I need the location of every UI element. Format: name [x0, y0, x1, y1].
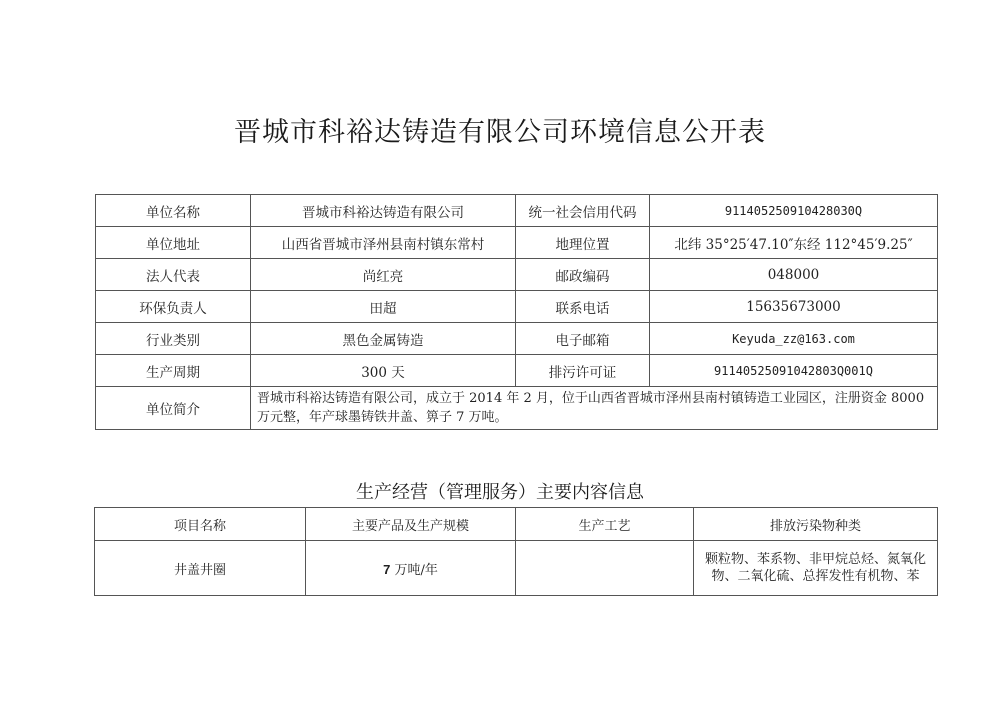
value-phone: 15635673000: [650, 291, 938, 323]
label-legal-rep: 法人代表: [96, 259, 251, 291]
header-project: 项目名称: [95, 508, 306, 541]
value-intro: 晋城市科裕达铸造有限公司，成立于 2014 年 2 月，位于山西省晋城市泽州县南…: [251, 387, 938, 430]
header-pollutants: 排放污染物种类: [694, 508, 938, 541]
label-phone: 联系电话: [516, 291, 650, 323]
table-row: 井盖井圈 7 万吨/年 颗粒物、苯系物、非甲烷总烃、氮氧化物、二氧化硫、总挥发性…: [95, 541, 938, 596]
label-industry: 行业类别: [96, 323, 251, 355]
table-row: 单位名称 晋城市科裕达铸造有限公司 统一社会信用代码 9114052509104…: [96, 195, 938, 227]
label-unit-name: 单位名称: [96, 195, 251, 227]
value-postcode: 048000: [650, 259, 938, 291]
label-location: 地理位置: [516, 227, 650, 259]
label-intro: 单位简介: [96, 387, 251, 430]
table-row: 生产周期 300 天 排污许可证 91140525091042803Q001Q: [96, 355, 938, 387]
cell-pollutants: 颗粒物、苯系物、非甲烷总烃、氮氧化物、二氧化硫、总挥发性有机物、苯: [694, 541, 938, 596]
header-scale: 主要产品及生产规模: [306, 508, 516, 541]
label-postcode: 邮政编码: [516, 259, 650, 291]
label-email: 电子邮箱: [516, 323, 650, 355]
value-unit-name: 晋城市科裕达铸造有限公司: [251, 195, 516, 227]
table-row: 环保负责人 田超 联系电话 15635673000: [96, 291, 938, 323]
label-address: 单位地址: [96, 227, 251, 259]
label-cycle: 生产周期: [96, 355, 251, 387]
cell-scale: 7 万吨/年: [306, 541, 516, 596]
section-title: 生产经营（管理服务）主要内容信息: [0, 478, 1000, 504]
basic-info-table: 单位名称 晋城市科裕达铸造有限公司 统一社会信用代码 9114052509104…: [95, 194, 938, 430]
value-permit: 91140525091042803Q001Q: [650, 355, 938, 387]
production-table: 项目名称 主要产品及生产规模 生产工艺 排放污染物种类 井盖井圈 7 万吨/年 …: [94, 507, 938, 596]
value-credit-code: 911405250910428030Q: [650, 195, 938, 227]
value-industry: 黑色金属铸造: [251, 323, 516, 355]
value-location: 北纬 35°25′47.10″东经 112°45′9.25″: [650, 227, 938, 259]
table-row: 行业类别 黑色金属铸造 电子邮箱 Keyuda_zz@163.com: [96, 323, 938, 355]
value-env-manager: 田超: [251, 291, 516, 323]
label-permit: 排污许可证: [516, 355, 650, 387]
table-row: 法人代表 尚红亮 邮政编码 048000: [96, 259, 938, 291]
value-address: 山西省晋城市泽州县南村镇东常村: [251, 227, 516, 259]
cell-process: [516, 541, 694, 596]
value-cycle: 300 天: [251, 355, 516, 387]
table-header-row: 项目名称 主要产品及生产规模 生产工艺 排放污染物种类: [95, 508, 938, 541]
label-credit-code: 统一社会信用代码: [516, 195, 650, 227]
label-env-manager: 环保负责人: [96, 291, 251, 323]
table-row: 单位简介 晋城市科裕达铸造有限公司，成立于 2014 年 2 月，位于山西省晋城…: [96, 387, 938, 430]
scale-unit: 万吨/年: [390, 563, 438, 578]
page-title: 晋城市科裕达铸造有限公司环境信息公开表: [0, 110, 1000, 149]
cell-project: 井盖井圈: [95, 541, 306, 596]
value-legal-rep: 尚红亮: [251, 259, 516, 291]
table-row: 单位地址 山西省晋城市泽州县南村镇东常村 地理位置 北纬 35°25′47.10…: [96, 227, 938, 259]
header-process: 生产工艺: [516, 508, 694, 541]
value-email: Keyuda_zz@163.com: [650, 323, 938, 355]
